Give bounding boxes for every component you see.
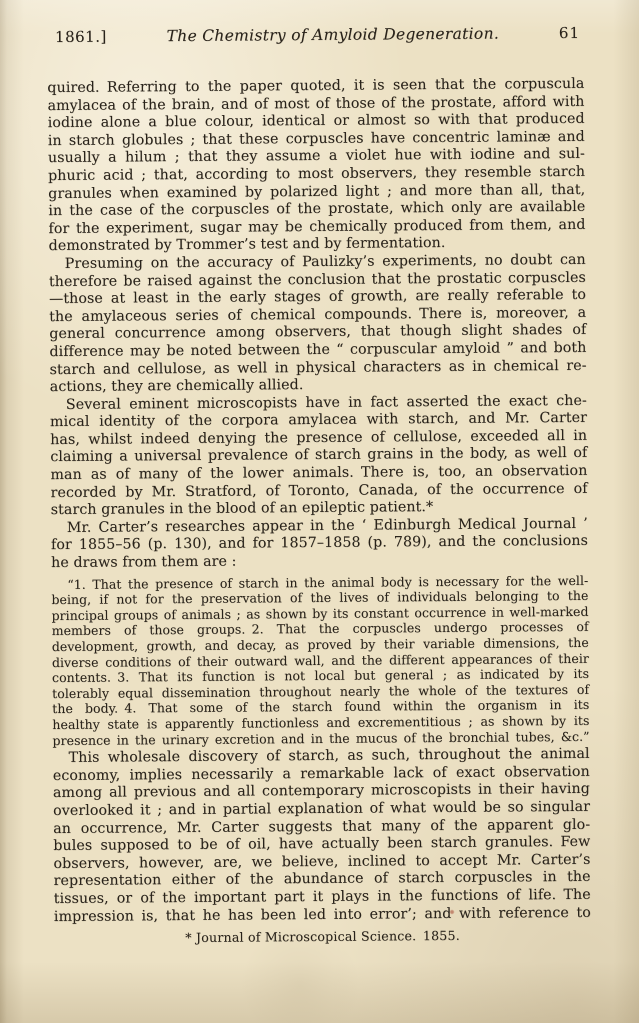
page-content: 1861.] The Chemistry of Amyloid Degenera… [47, 24, 591, 946]
paragraph-1: quired. Referring to the paper quoted, i… [47, 76, 585, 256]
text-line: impression is, that he has been led into… [54, 904, 591, 926]
text-block: quired. Referring to the paper quoted, i… [47, 76, 591, 926]
footnote: * Journal of Microscopical Science. 1855… [54, 927, 591, 946]
paragraph-5: This wholesale discovery of starch, as s… [53, 746, 591, 926]
paragraph-4: Mr. Carter’s researches appear in the ‘ … [51, 516, 588, 573]
block-quote: “1. That the presence of starch in the a… [51, 572, 589, 748]
scanned-page: 1861.] The Chemistry of Amyloid Degenera… [0, 0, 639, 1023]
header-title: The Chemistry of Amyloid Degeneration. [107, 24, 559, 46]
paragraph-3: Several eminent microscopists have in fa… [50, 393, 588, 520]
text-line: he draws from them are : [51, 551, 588, 573]
header-page-number: 61 [559, 24, 580, 42]
paragraph-2: Presuming on the accuracy of Paulizky’s … [49, 252, 587, 397]
page-header: 1861.] The Chemistry of Amyloid Degenera… [47, 24, 584, 46]
header-year: 1861.] [55, 28, 107, 46]
